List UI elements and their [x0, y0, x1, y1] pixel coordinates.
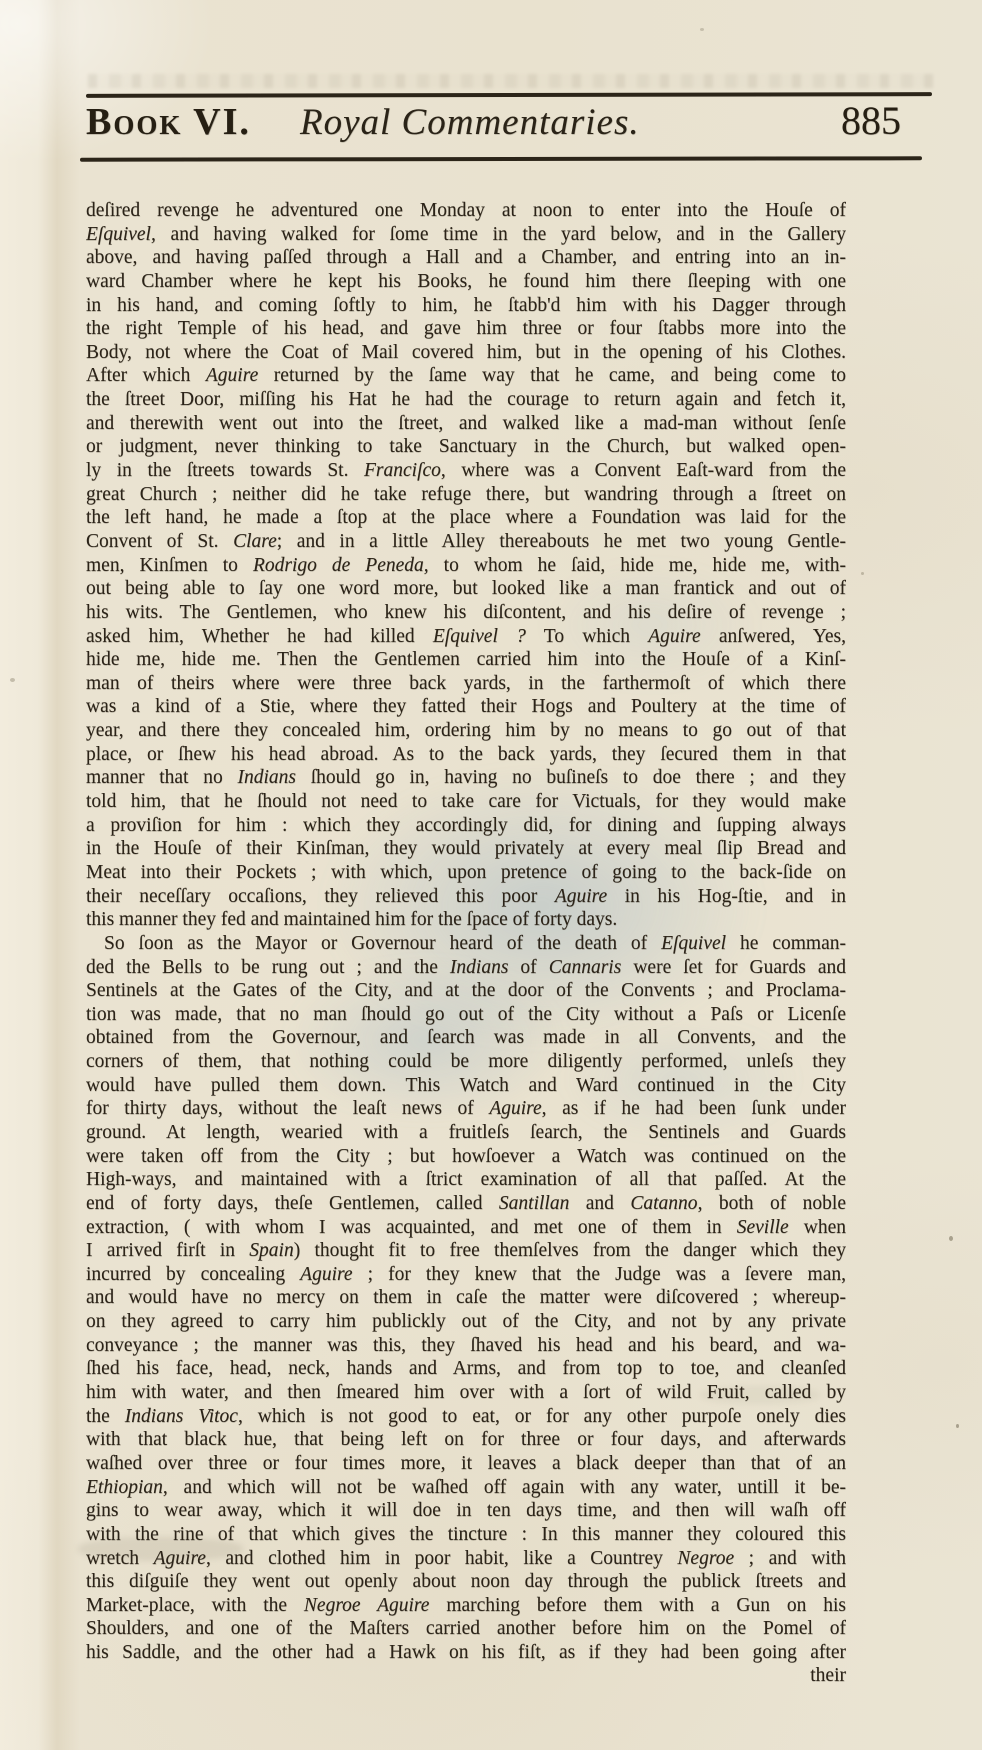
text-line: man of theirs where were three back yard… — [86, 672, 846, 696]
running-title: Royal Commentaries. — [300, 102, 640, 144]
paper-speck — [861, 572, 864, 575]
text-line: on they agreed to carry him publickly ou… — [86, 1310, 846, 1334]
book-label: Book VI. — [86, 101, 251, 143]
text-line: were taken off from the City ; but howſo… — [86, 1145, 846, 1169]
text-line: told him, that he ſhould not need to tak… — [86, 790, 846, 814]
text-line: end of forty days, theſe Gentlemen, call… — [86, 1192, 846, 1216]
text-line: was a kind of a Stie, where they fatted … — [86, 695, 846, 719]
header-rule-top — [86, 92, 932, 97]
text-line: their neceſſary occaſions, they relieved… — [86, 885, 846, 909]
text-line: ly in the ſtreets towards St. Franciſco,… — [86, 459, 846, 483]
text-line: him with water, and then ſmeared him ove… — [86, 1381, 846, 1405]
text-line: great Church ; neither did he take refug… — [86, 483, 846, 507]
text-line: Convent of St. Clare; and in a little Al… — [86, 530, 846, 554]
text-line: this manner they fed and maintained him … — [86, 908, 846, 932]
text-line: his wits. The Gentlemen, who knew his di… — [86, 601, 846, 625]
text-line: hide me, hide me. Then the Gentlemen car… — [86, 648, 846, 672]
catchword: their — [86, 1664, 846, 1688]
text-line: would have pulled them down. This Watch … — [86, 1074, 846, 1098]
text-line: Meat into their Pockets ; with which, up… — [86, 861, 846, 885]
text-line: Ethiopian, and which will not be waſhed … — [86, 1476, 846, 1500]
text-line: obtained from the Governour, and ſearch … — [86, 1026, 846, 1050]
text-line: Sentinels at the Gates of the City, and … — [86, 979, 846, 1003]
paper-speck — [10, 678, 15, 682]
text-line: with the rine of that which gives the ti… — [86, 1523, 846, 1547]
text-line: wretch Aguire, and clothed him in poor h… — [86, 1547, 846, 1571]
text-line: gins to wear away, which it will doe in … — [86, 1499, 846, 1523]
text-line: the right Temple of his head, and gave h… — [86, 317, 846, 341]
text-line: place, or ſhew his head abroad. As to th… — [86, 743, 846, 767]
text-line: conveyance ; the manner was this, they ſ… — [86, 1334, 846, 1358]
text-line: this diſguiſe they went out openly about… — [86, 1570, 846, 1594]
text-line: tion was made, that no man ſhould go out… — [86, 1003, 846, 1027]
text-line: ground. At length, wearied with a fruitl… — [86, 1121, 846, 1145]
text-line: ward Chamber where he kept his Books, he… — [86, 270, 846, 294]
text-line: deſired revenge he adventured one Monday… — [86, 199, 846, 223]
text-line: So ſoon as the Mayor or Governour heard … — [86, 932, 846, 956]
text-line: out being able to ſay one word more, but… — [86, 577, 846, 601]
text-line: in his hand, and coming ſoftly to him, h… — [86, 294, 846, 318]
text-line: ded the Bells to be rung out ; and the I… — [86, 956, 846, 980]
text-line: Market-place, with the Negroe Aguire mar… — [86, 1594, 846, 1618]
text-line: High-ways, and maintained with a ſtrict … — [86, 1168, 846, 1192]
text-line: manner that no Indians ſhould go in, hav… — [86, 766, 846, 790]
text-line: or judgment, never thinking to take Sanc… — [86, 435, 846, 459]
text-line: asked him, Whether he had killed Eſquive… — [86, 625, 846, 649]
page-showthrough-texture — [88, 74, 933, 88]
header-rule-bottom — [80, 156, 922, 161]
text-line: with that black hue, that being left on … — [86, 1428, 846, 1452]
text-line: year, and there they concealed him, orde… — [86, 719, 846, 743]
text-line: I arrived firſt in Spain) thought fit to… — [86, 1239, 846, 1263]
text-line: in the Houſe of their Kinſman, they woul… — [86, 837, 846, 861]
text-line: waſhed over three or four times more, it… — [86, 1452, 846, 1476]
text-line: the left hand, he made a ſtop at the pla… — [86, 506, 846, 530]
text-line: the ſtreet Door, miſſing his Hat he had … — [86, 388, 846, 412]
text-block: deſired revenge he adventured one Monday… — [86, 199, 846, 1665]
text-line: the Indians Vitoc, which is not good to … — [86, 1405, 846, 1429]
text-line: men, Kinſmen to Rodrigo de Peneda, to wh… — [86, 554, 846, 578]
paper-speck — [949, 1236, 953, 1241]
book-page: Book VI. Royal Commentaries. 885 deſired… — [0, 0, 982, 1750]
text-line: extraction, ( with whom I was acquainted… — [86, 1216, 846, 1240]
text-line: and therewith went out into the ſtreet, … — [86, 412, 846, 436]
text-line: corners of them, that nothing could be m… — [86, 1050, 846, 1074]
paper-speck — [700, 28, 704, 31]
text-line: Eſquivel, and having walked for ſome tim… — [86, 223, 846, 247]
text-line: and would have no mercy on them in caſe … — [86, 1286, 846, 1310]
paper-speck — [956, 1424, 959, 1428]
text-line: his Saddle, and the other had a Hawk on … — [86, 1641, 846, 1665]
text-line: Body, not where the Coat of Mail covered… — [86, 341, 846, 365]
text-line: a proviſion for him : which they accordi… — [86, 814, 846, 838]
text-line: Shoulders, and one of the Maſters carrie… — [86, 1617, 846, 1641]
text-line: After which Aguire returned by the ſame … — [86, 364, 846, 388]
text-line: ſhed his face, head, neck, hands and Arm… — [86, 1357, 846, 1381]
text-line: for thirty days, without the leaſt news … — [86, 1097, 846, 1121]
text-line: above, and having paſſed through a Hall … — [86, 246, 846, 270]
page-number: 885 — [841, 99, 901, 143]
text-line: incurred by concealing Aguire ; for they… — [86, 1263, 846, 1287]
